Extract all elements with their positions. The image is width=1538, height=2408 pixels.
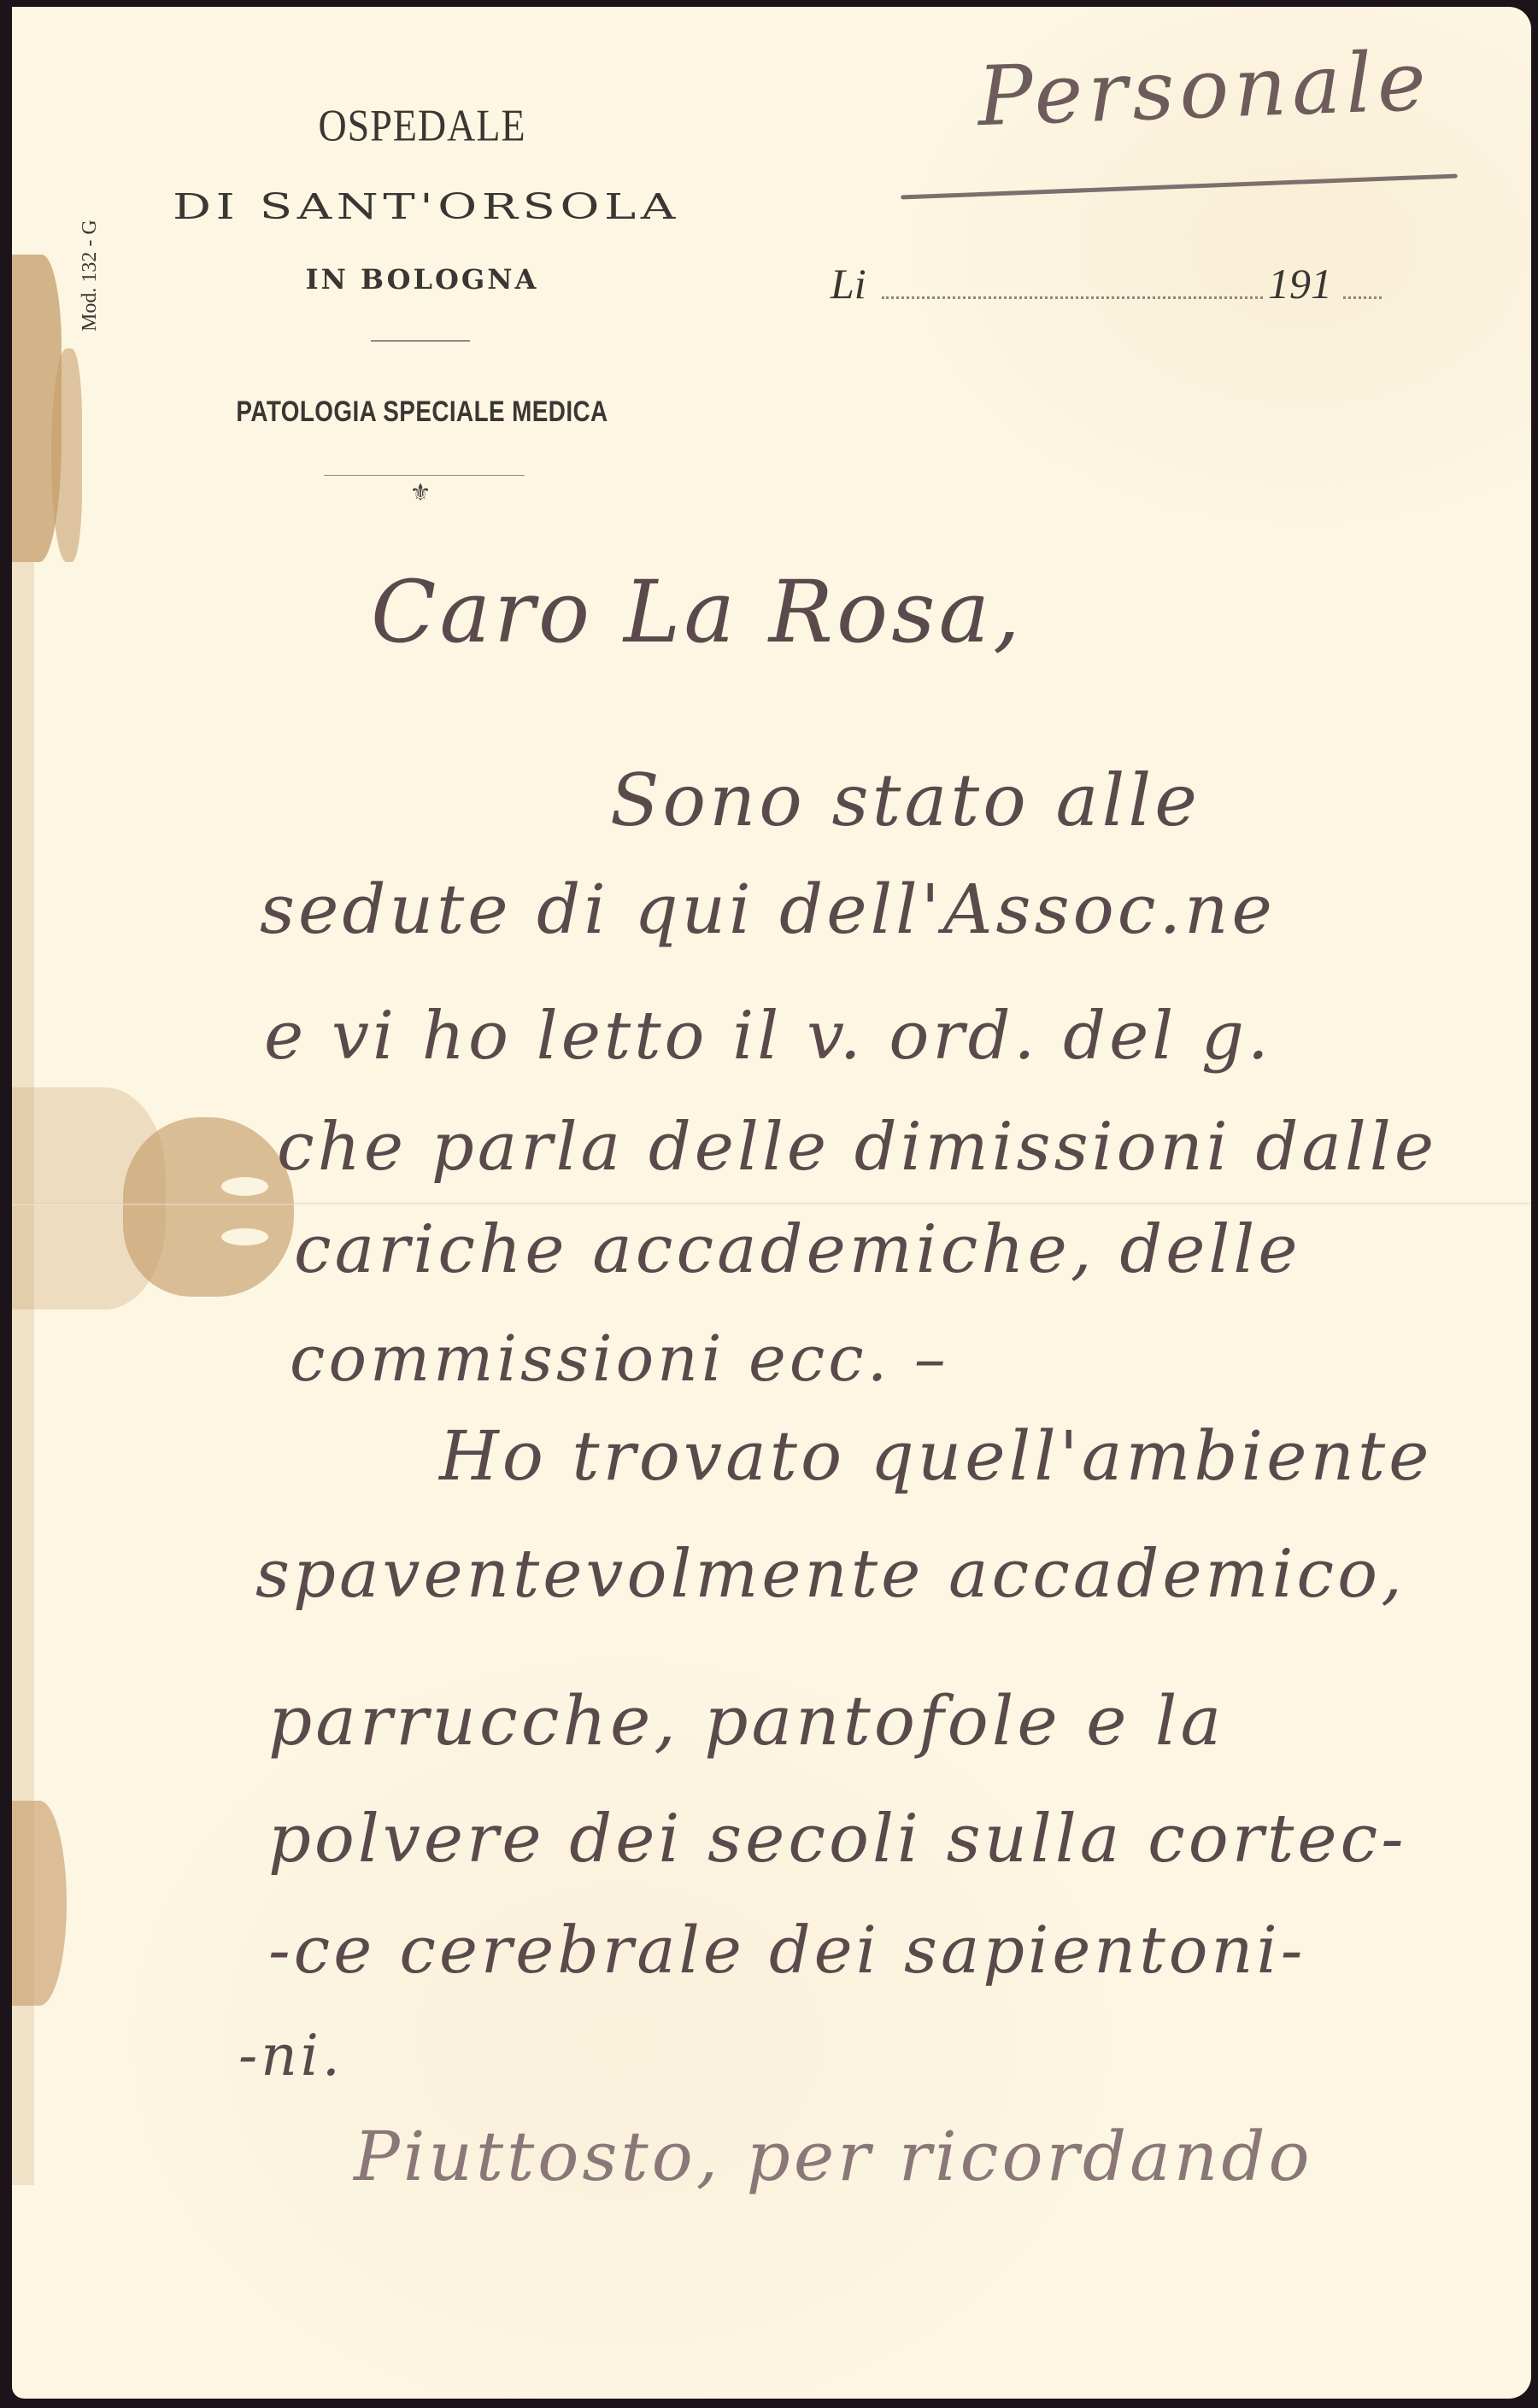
letter-line: e vi ho letto il v. ord. del g. bbox=[264, 998, 1272, 1075]
date-dotted-line-year bbox=[1343, 296, 1382, 299]
date-dotted-line bbox=[882, 296, 1263, 299]
date-prefix: Li bbox=[831, 259, 866, 308]
annotation-underline bbox=[901, 173, 1458, 199]
letter-line: parrucche, pantofole e la bbox=[268, 1681, 1224, 1761]
paper-fold bbox=[12, 1203, 1531, 1205]
letterhead-department: PATOLOGIA SPECIALE MEDICA bbox=[226, 395, 618, 429]
stain-hole bbox=[221, 1177, 268, 1196]
letterhead-rule bbox=[371, 340, 470, 342]
salutation: Caro La Rosa, bbox=[371, 562, 1024, 662]
letterhead-line-3: IN BOLOGNA bbox=[234, 263, 610, 296]
form-code: Mod. 132 - G bbox=[79, 220, 102, 331]
letter-line: sedute di qui dell'Assoc.ne bbox=[260, 870, 1276, 949]
letter-line: polvere dei secoli sulla cortec- bbox=[268, 1801, 1407, 1878]
letter-line: Piuttosto, per ricordando bbox=[354, 2117, 1313, 2196]
fleur-de-lis-icon: ⚜ bbox=[408, 478, 433, 507]
letterhead-line-2: DI SANT'ORSOLA bbox=[62, 186, 790, 227]
water-stain-fold bbox=[123, 1117, 294, 1297]
letter-line: Sono stato alle bbox=[610, 759, 1200, 842]
water-stain-top-inner bbox=[51, 349, 82, 562]
letterhead-rule bbox=[324, 475, 525, 476]
letter-line: spaventevolmente accademico, bbox=[255, 1536, 1406, 1613]
letter-line: Ho trovato quell'ambiente bbox=[439, 1416, 1433, 1496]
letter-line: commissioni ecc. – bbox=[290, 1322, 949, 1396]
letter-line: -ce cerebrale dei sapientoni- bbox=[268, 1912, 1306, 1988]
letter-line: che parla delle dimissioni dalle bbox=[277, 1109, 1437, 1186]
date-year-prefix: 191 bbox=[1268, 259, 1332, 308]
letter-sheet: OSPEDALE DI SANT'ORSOLA IN BOLOGNA PATOL… bbox=[12, 7, 1531, 2399]
letter-line: -ni. bbox=[238, 2023, 343, 2089]
date-field: Li 191 bbox=[831, 259, 1437, 310]
personal-annotation: Personale bbox=[976, 33, 1432, 144]
letter-line: cariche accademiche, delle bbox=[294, 1211, 1300, 1288]
letterhead-line-1: OSPEDALE bbox=[294, 99, 550, 151]
stain-hole bbox=[221, 1228, 268, 1245]
water-stain-bottom bbox=[12, 1801, 67, 2006]
